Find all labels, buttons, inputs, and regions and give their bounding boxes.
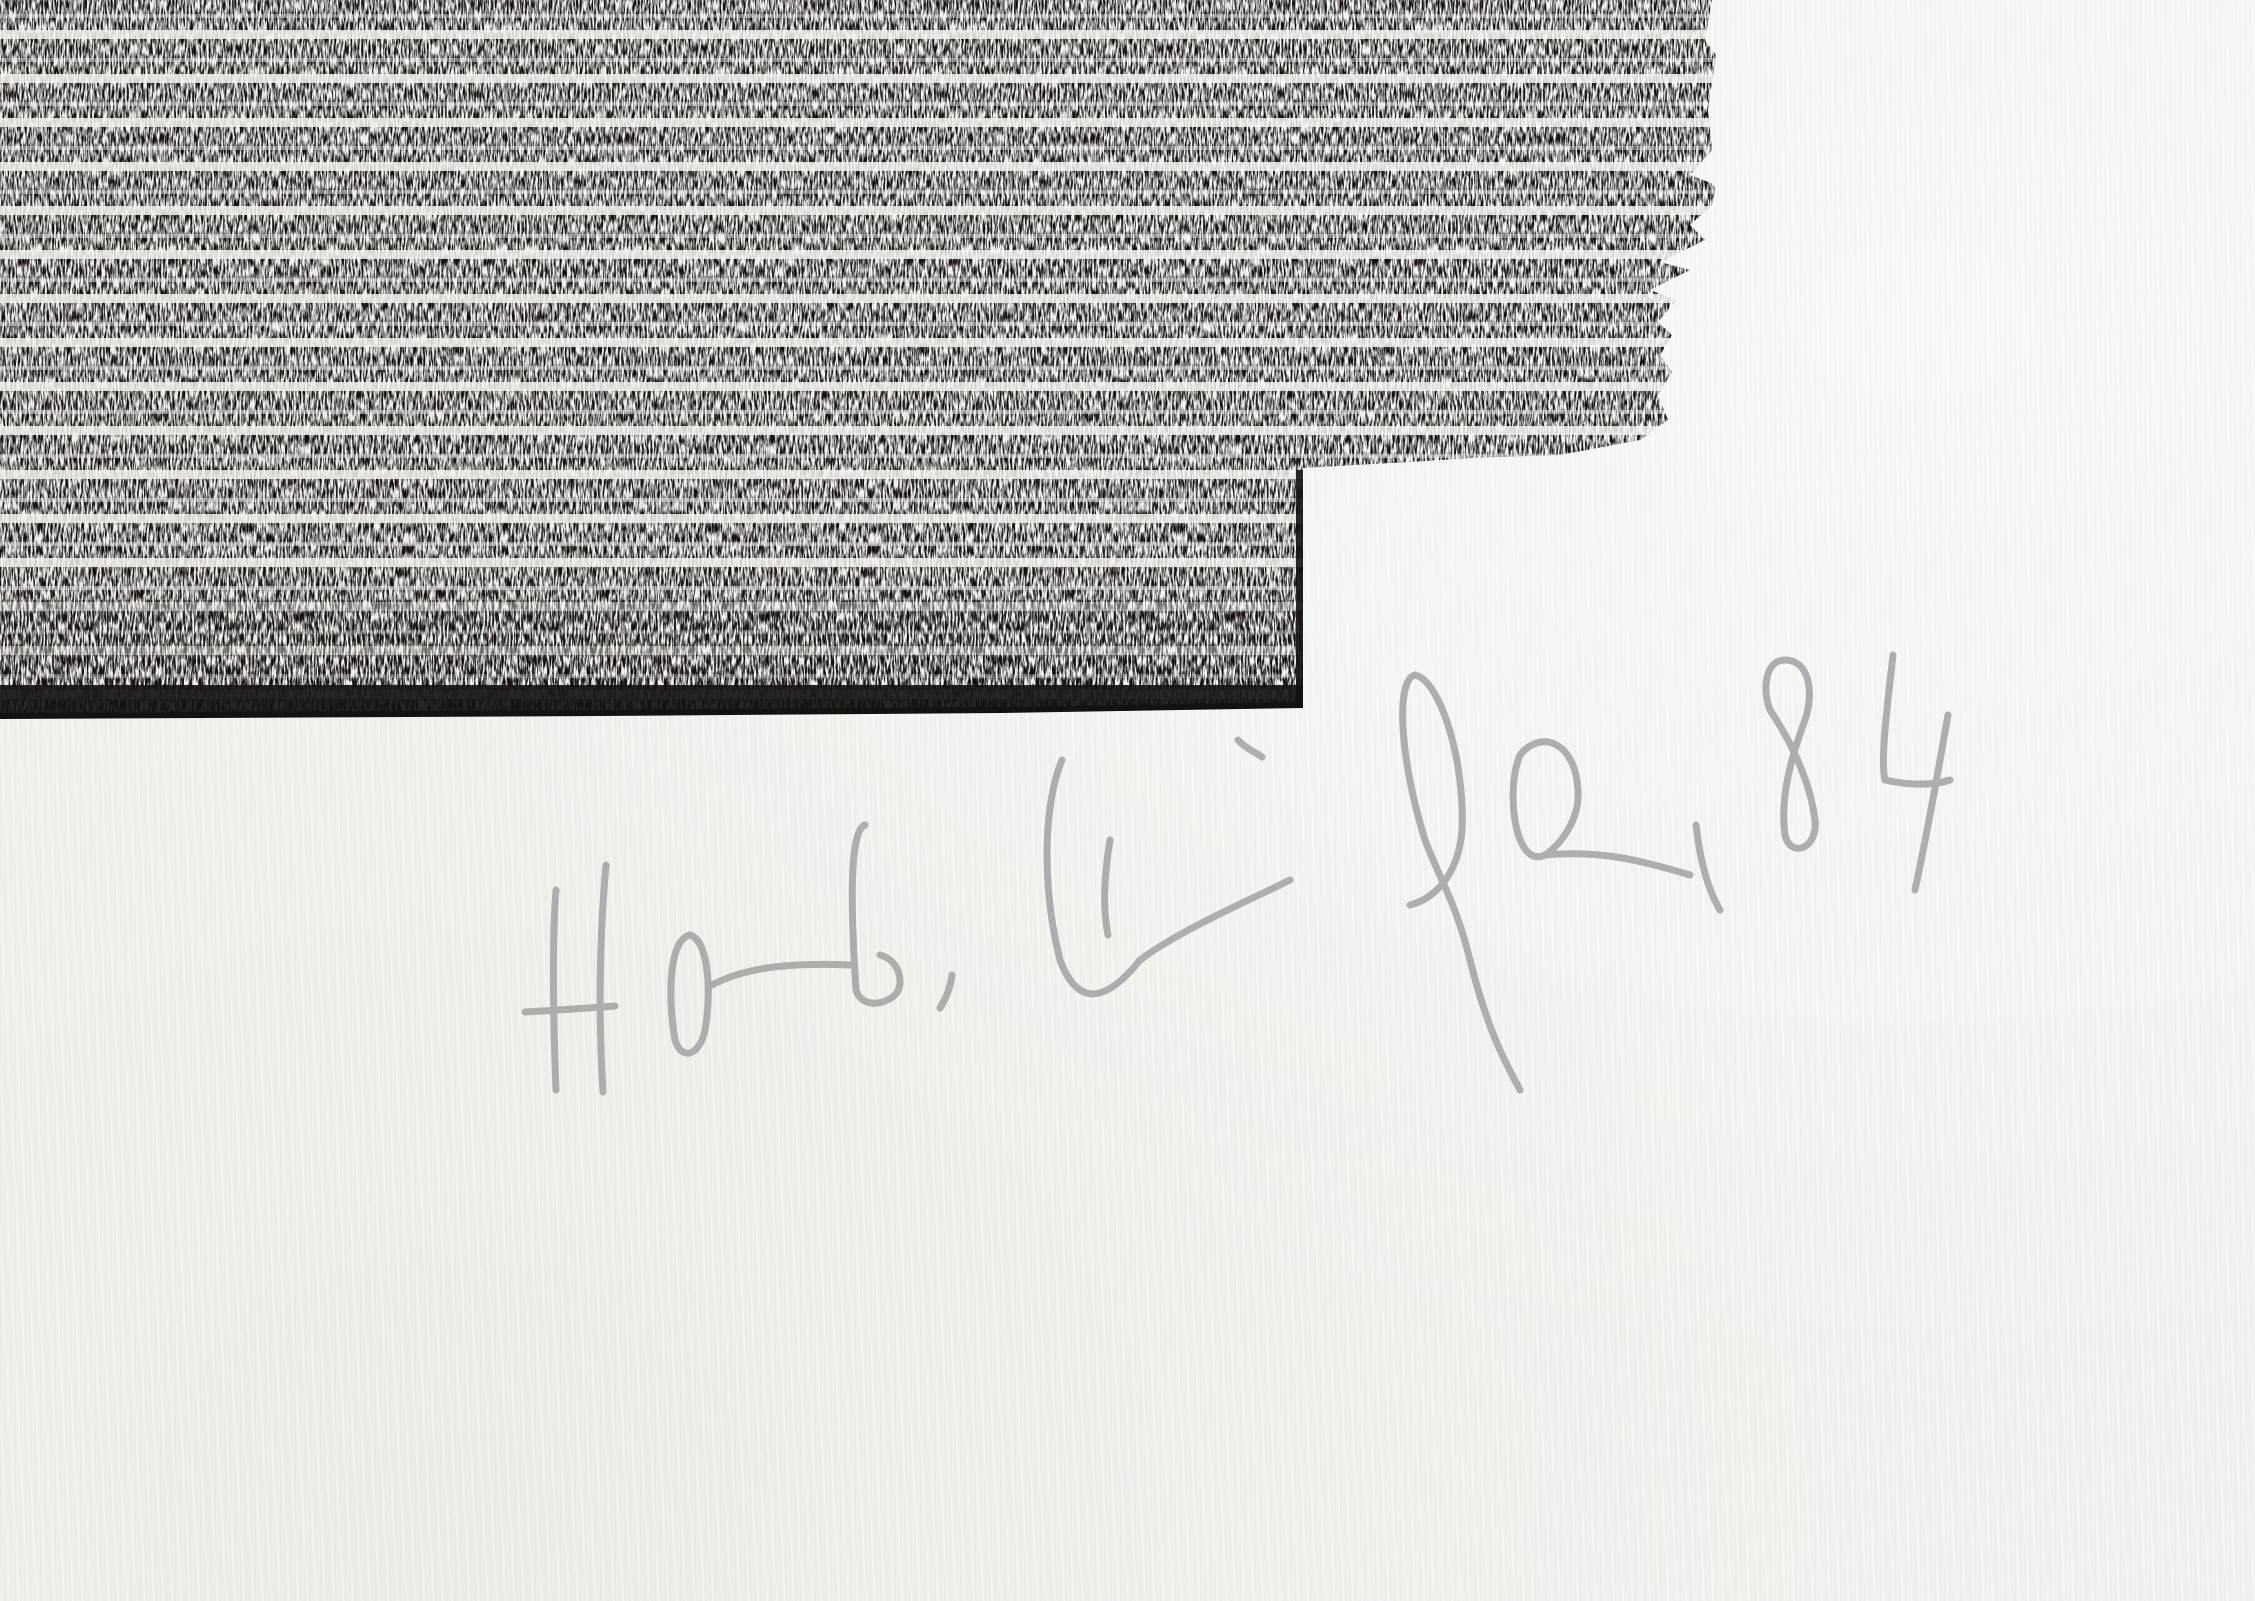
woodcut-print-block [0,0,2255,1601]
photograph: Horst Hiefer 84 84 Black woodcut block w… [0,0,2255,1601]
